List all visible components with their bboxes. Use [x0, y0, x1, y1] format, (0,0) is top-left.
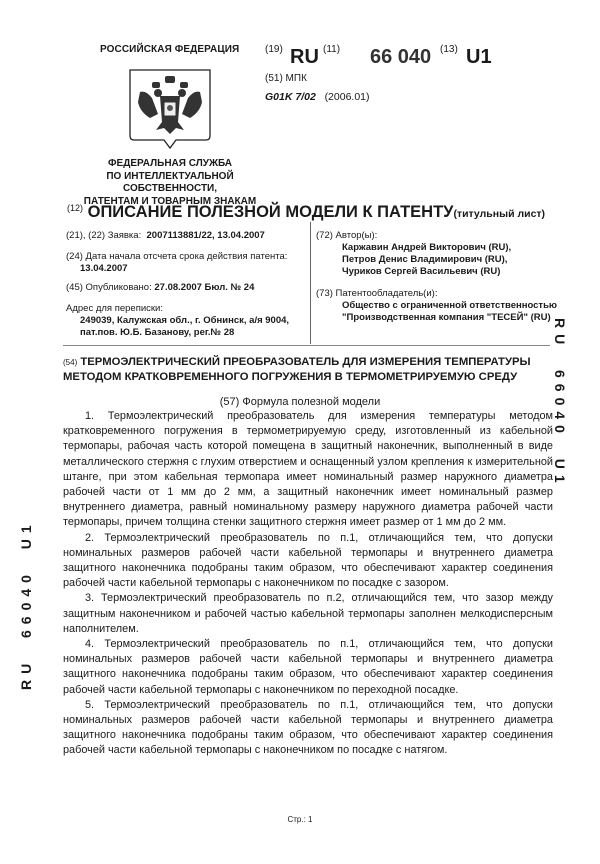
- column-divider: [310, 222, 311, 344]
- claim-item: 4. Термоэлектрический преобразователь по…: [63, 637, 553, 698]
- inid-code-13: (13): [440, 44, 458, 55]
- address-label: Адрес для переписки:: [66, 303, 289, 315]
- published-value: 27.08.2007 Бюл. № 24: [154, 282, 254, 293]
- agency-line: ФЕДЕРАЛЬНАЯ СЛУЖБА: [60, 158, 280, 171]
- mpk-label: (51) МПК: [265, 73, 307, 84]
- inid-code-12: (12): [67, 203, 83, 213]
- claim-item: 3. Термоэлектрический преобразователь по…: [63, 591, 553, 637]
- patent-number: 66 040: [370, 46, 431, 69]
- start-date-field: (24) Дата начала отсчета срока действия …: [66, 251, 287, 275]
- application-value: 2007113881/22, 13.04.2007: [147, 230, 265, 241]
- side-label-left-text: RU 66040 U1: [18, 519, 34, 690]
- document-title: (12) ОПИСАНИЕ ПОЛЕЗНОЙ МОДЕЛИ К ПАТЕНТУ(…: [67, 203, 545, 222]
- kind-code: U1: [466, 46, 492, 69]
- patent-holder-field: (73) Патентообладатель(и): Общество с ог…: [316, 288, 557, 324]
- inid-code-19: (19): [265, 44, 283, 55]
- ipc-class: G01K 7/02: [265, 91, 316, 103]
- claim-item: 5. Термоэлектрический преобразователь по…: [63, 698, 553, 759]
- start-date-label: (24) Дата начала отсчета срока действия …: [66, 251, 287, 263]
- published-label: (45) Опубликовано:: [66, 282, 152, 293]
- section-divider: [63, 345, 550, 346]
- agency-name: ФЕДЕРАЛЬНАЯ СЛУЖБА ПО ИНТЕЛЛЕКТУАЛЬНОЙ С…: [60, 158, 280, 208]
- invention-title-line: МЕТОДОМ КРАТКОВРЕМЕННОГО ПОГРУЖЕНИЯ В ТЕ…: [63, 370, 531, 384]
- coat-of-arms-icon: [128, 68, 212, 150]
- published-field: (45) Опубликовано: 27.08.2007 Бюл. № 24: [66, 282, 254, 294]
- author-name: Петров Денис Владимирович (RU),: [342, 254, 507, 265]
- address-field: Адрес для переписки: 249039, Калужская о…: [66, 303, 289, 339]
- inid-code-54: (54): [63, 358, 77, 367]
- title-main: ОПИСАНИЕ ПОЛЕЗНОЙ МОДЕЛИ К ПАТЕНТУ: [88, 203, 454, 221]
- claims-body: 1. Термоэлектрический преобразователь дл…: [63, 409, 553, 759]
- author-name: Каржавин Андрей Викторович (RU),: [342, 242, 511, 253]
- invention-title-line: ТЕРМОЭЛЕКТРИЧЕСКИЙ ПРЕОБРАЗОВАТЕЛЬ ДЛЯ И…: [80, 356, 530, 368]
- inid-code-11: (11): [323, 44, 340, 55]
- invention-title: (54) ТЕРМОЭЛЕКТРИЧЕСКИЙ ПРЕОБРАЗОВАТЕЛЬ …: [63, 355, 531, 384]
- authors-field: (72) Автор(ы): Каржавин Андрей Викторови…: [316, 230, 511, 278]
- page-number: Стр.: 1: [0, 815, 600, 824]
- author-name: Чуриков Сергей Васильевич (RU): [342, 266, 500, 277]
- application-field: (21), (22) Заявка: 2007113881/22, 13.04.…: [66, 230, 265, 242]
- holder-label: (73) Патентообладатель(и):: [316, 288, 557, 300]
- start-date-value: 13.04.2007: [80, 263, 128, 274]
- claims-heading: (57) Формула полезной модели: [0, 396, 600, 408]
- side-label-right: RU 66040 U1: [552, 318, 568, 489]
- agency-line: ПО ИНТЕЛЛЕКТУАЛЬНОЙ СОБСТВЕННОСТИ,: [60, 171, 280, 196]
- holder-line: "Производственная компания "ТЕСЕЙ" (RU): [342, 312, 551, 323]
- address-line: 249039, Калужская обл., г. Обнинск, а/я …: [80, 315, 289, 326]
- authors-label: (72) Автор(ы):: [316, 230, 511, 242]
- title-sub: (титульный лист): [453, 208, 545, 220]
- country-code: RU: [290, 46, 319, 69]
- address-line: пат.пов. Ю.Б. Базанову, рег.№ 28: [80, 327, 234, 338]
- application-label: (21), (22) Заявка:: [66, 230, 141, 241]
- country-name: РОССИЙСКАЯ ФЕДЕРАЦИЯ: [100, 44, 239, 55]
- claim-item: 1. Термоэлектрический преобразователь дл…: [63, 409, 553, 531]
- ipc-version: (2006.01): [325, 91, 370, 103]
- claim-item: 2. Термоэлектрический преобразователь по…: [63, 531, 553, 592]
- side-label-left: RU 66040 U1: [18, 490, 42, 690]
- holder-line: Общество с ограниченной ответственностью: [342, 300, 557, 311]
- ipc-classification: G01K 7/02 (2006.01): [265, 91, 370, 103]
